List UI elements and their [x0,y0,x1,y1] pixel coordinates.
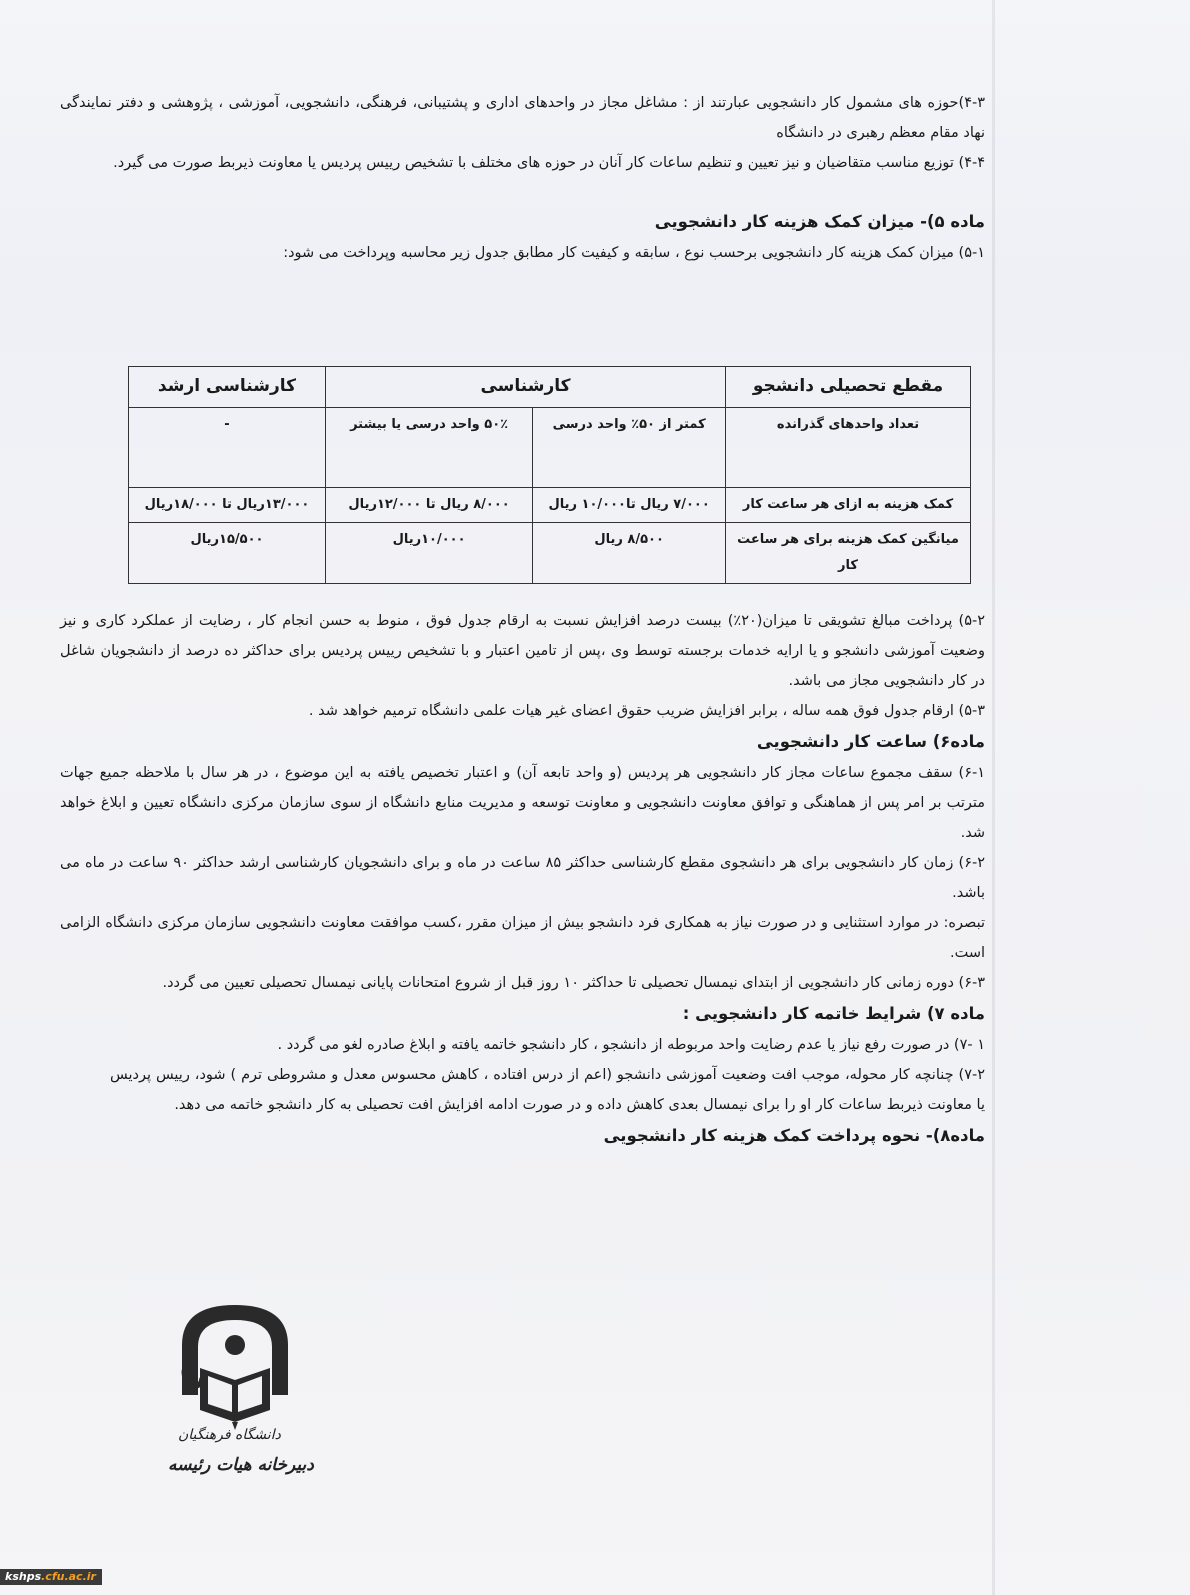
paragraph-5-1: ۵-۱) میزان کمک هزینه کار دانشجویی برحسب … [60,238,985,268]
paper-fold-line [992,0,995,1595]
site-watermark: kshps.cfu.ac.ir [0,1569,102,1585]
cell-master: - [129,408,326,488]
table-header-row: مقطع تحصیلی دانشجو کارشناسی کارشناسی ارش… [129,367,971,408]
paragraph-7-2: ۷-۲) چنانچه کار محوله، موجب افت وضعیت آم… [60,1060,985,1120]
table-row: میانگین کمک هزینه برای هر ساعت کار ۸/۵۰۰… [129,523,971,584]
paragraph-4-3: ۴-۳)حوزه های مشمول کار دانشجویی عبارتند … [60,88,985,148]
row-label: میانگین کمک هزینه برای هر ساعت کار [726,523,971,584]
paragraph-5-3: ۵-۳) ارقام جدول فوق همه ساله ، برابر افز… [60,696,985,726]
watermark-domain: .cfu.ac.ir [41,1570,96,1583]
paragraph-6-3: ۶-۳) دوره زمانی کار دانشجویی از ابتدای ن… [60,968,985,998]
cell-bachelor-less: کمتر از ۵۰٪ واحد درسی [533,408,726,488]
header-bachelor: کارشناسی [325,367,725,408]
watermark-prefix: kshps [5,1570,41,1583]
paragraph-4-4: ۴-۴) توزیع مناسب متقاضیان و نیز تعیین و … [60,148,985,178]
cell-master: ۱۵/۵۰۰ریال [129,523,326,584]
table-row: کمک هزینه به ازای هر ساعت کار ۷/۰۰۰ ریال… [129,488,971,523]
header-master: کارشناسی ارشد [129,367,326,408]
cell-bachelor-more: ۱۰/۰۰۰ریال [325,523,532,584]
cell-bachelor-less: ۸/۵۰۰ ریال [533,523,726,584]
row-label: تعداد واحدهای گذرانده [726,408,971,488]
article-5-heading: ماده ۵)- میزان کمک هزینه کار دانشجویی [60,206,985,238]
article-7-heading: ماده ۷) شرایط خاتمه کار دانشجویی : [60,998,985,1030]
article-6-heading: ماده۶) ساعت کار دانشجویی [60,726,985,758]
cell-bachelor-more: ۸/۰۰۰ ریال تا ۱۲/۰۰۰ریال [325,488,532,523]
article-8-heading: ماده۸)- نحوه پرداخت کمک هزینه کار دانشجو… [60,1120,985,1152]
paragraph-6-2: ۶-۲) زمان کار دانشجویی برای هر دانشجوی م… [60,848,985,908]
table-row: تعداد واحدهای گذرانده کمتر از ۵۰٪ واحد د… [129,408,971,488]
paragraph-7-1: ۱ -۷) در صورت رفع نیاز یا عدم رضایت واحد… [60,1030,985,1060]
paragraph-6-1: ۶-۱) سقف مجموع ساعات مجاز کار دانشجویی ه… [60,758,985,848]
cell-master: ۱۳/۰۰۰ریال تا ۱۸/۰۰۰ریال [129,488,326,523]
stamp-university-name: دانشگاه فرهنگیان [178,1427,281,1443]
paragraph-6-note: تبصره: در موارد استثنایی و در صورت نیاز … [60,908,985,968]
cell-bachelor-less: ۷/۰۰۰ ریال تا۱۰/۰۰۰ ریال [533,488,726,523]
document-body: ۴-۳)حوزه های مشمول کار دانشجویی عبارتند … [60,88,985,1152]
header-education-level: مقطع تحصیلی دانشجو [726,367,971,408]
stamp-secretariat: دبیرخانه هیات رئیسه [168,1455,314,1475]
row-label: کمک هزینه به ازای هر ساعت کار [726,488,971,523]
cell-bachelor-more: ۵۰٪ واحد درسی یا بیشتر [325,408,532,488]
fee-table: مقطع تحصیلی دانشجو کارشناسی کارشناسی ارش… [128,366,971,584]
paragraph-5-2: ۵-۲) پرداخت مبالغ تشویقی تا میزان(۲۰٪) ب… [60,606,985,696]
fee-table-container: مقطع تحصیلی دانشجو کارشناسی کارشناسی ارش… [128,366,971,584]
